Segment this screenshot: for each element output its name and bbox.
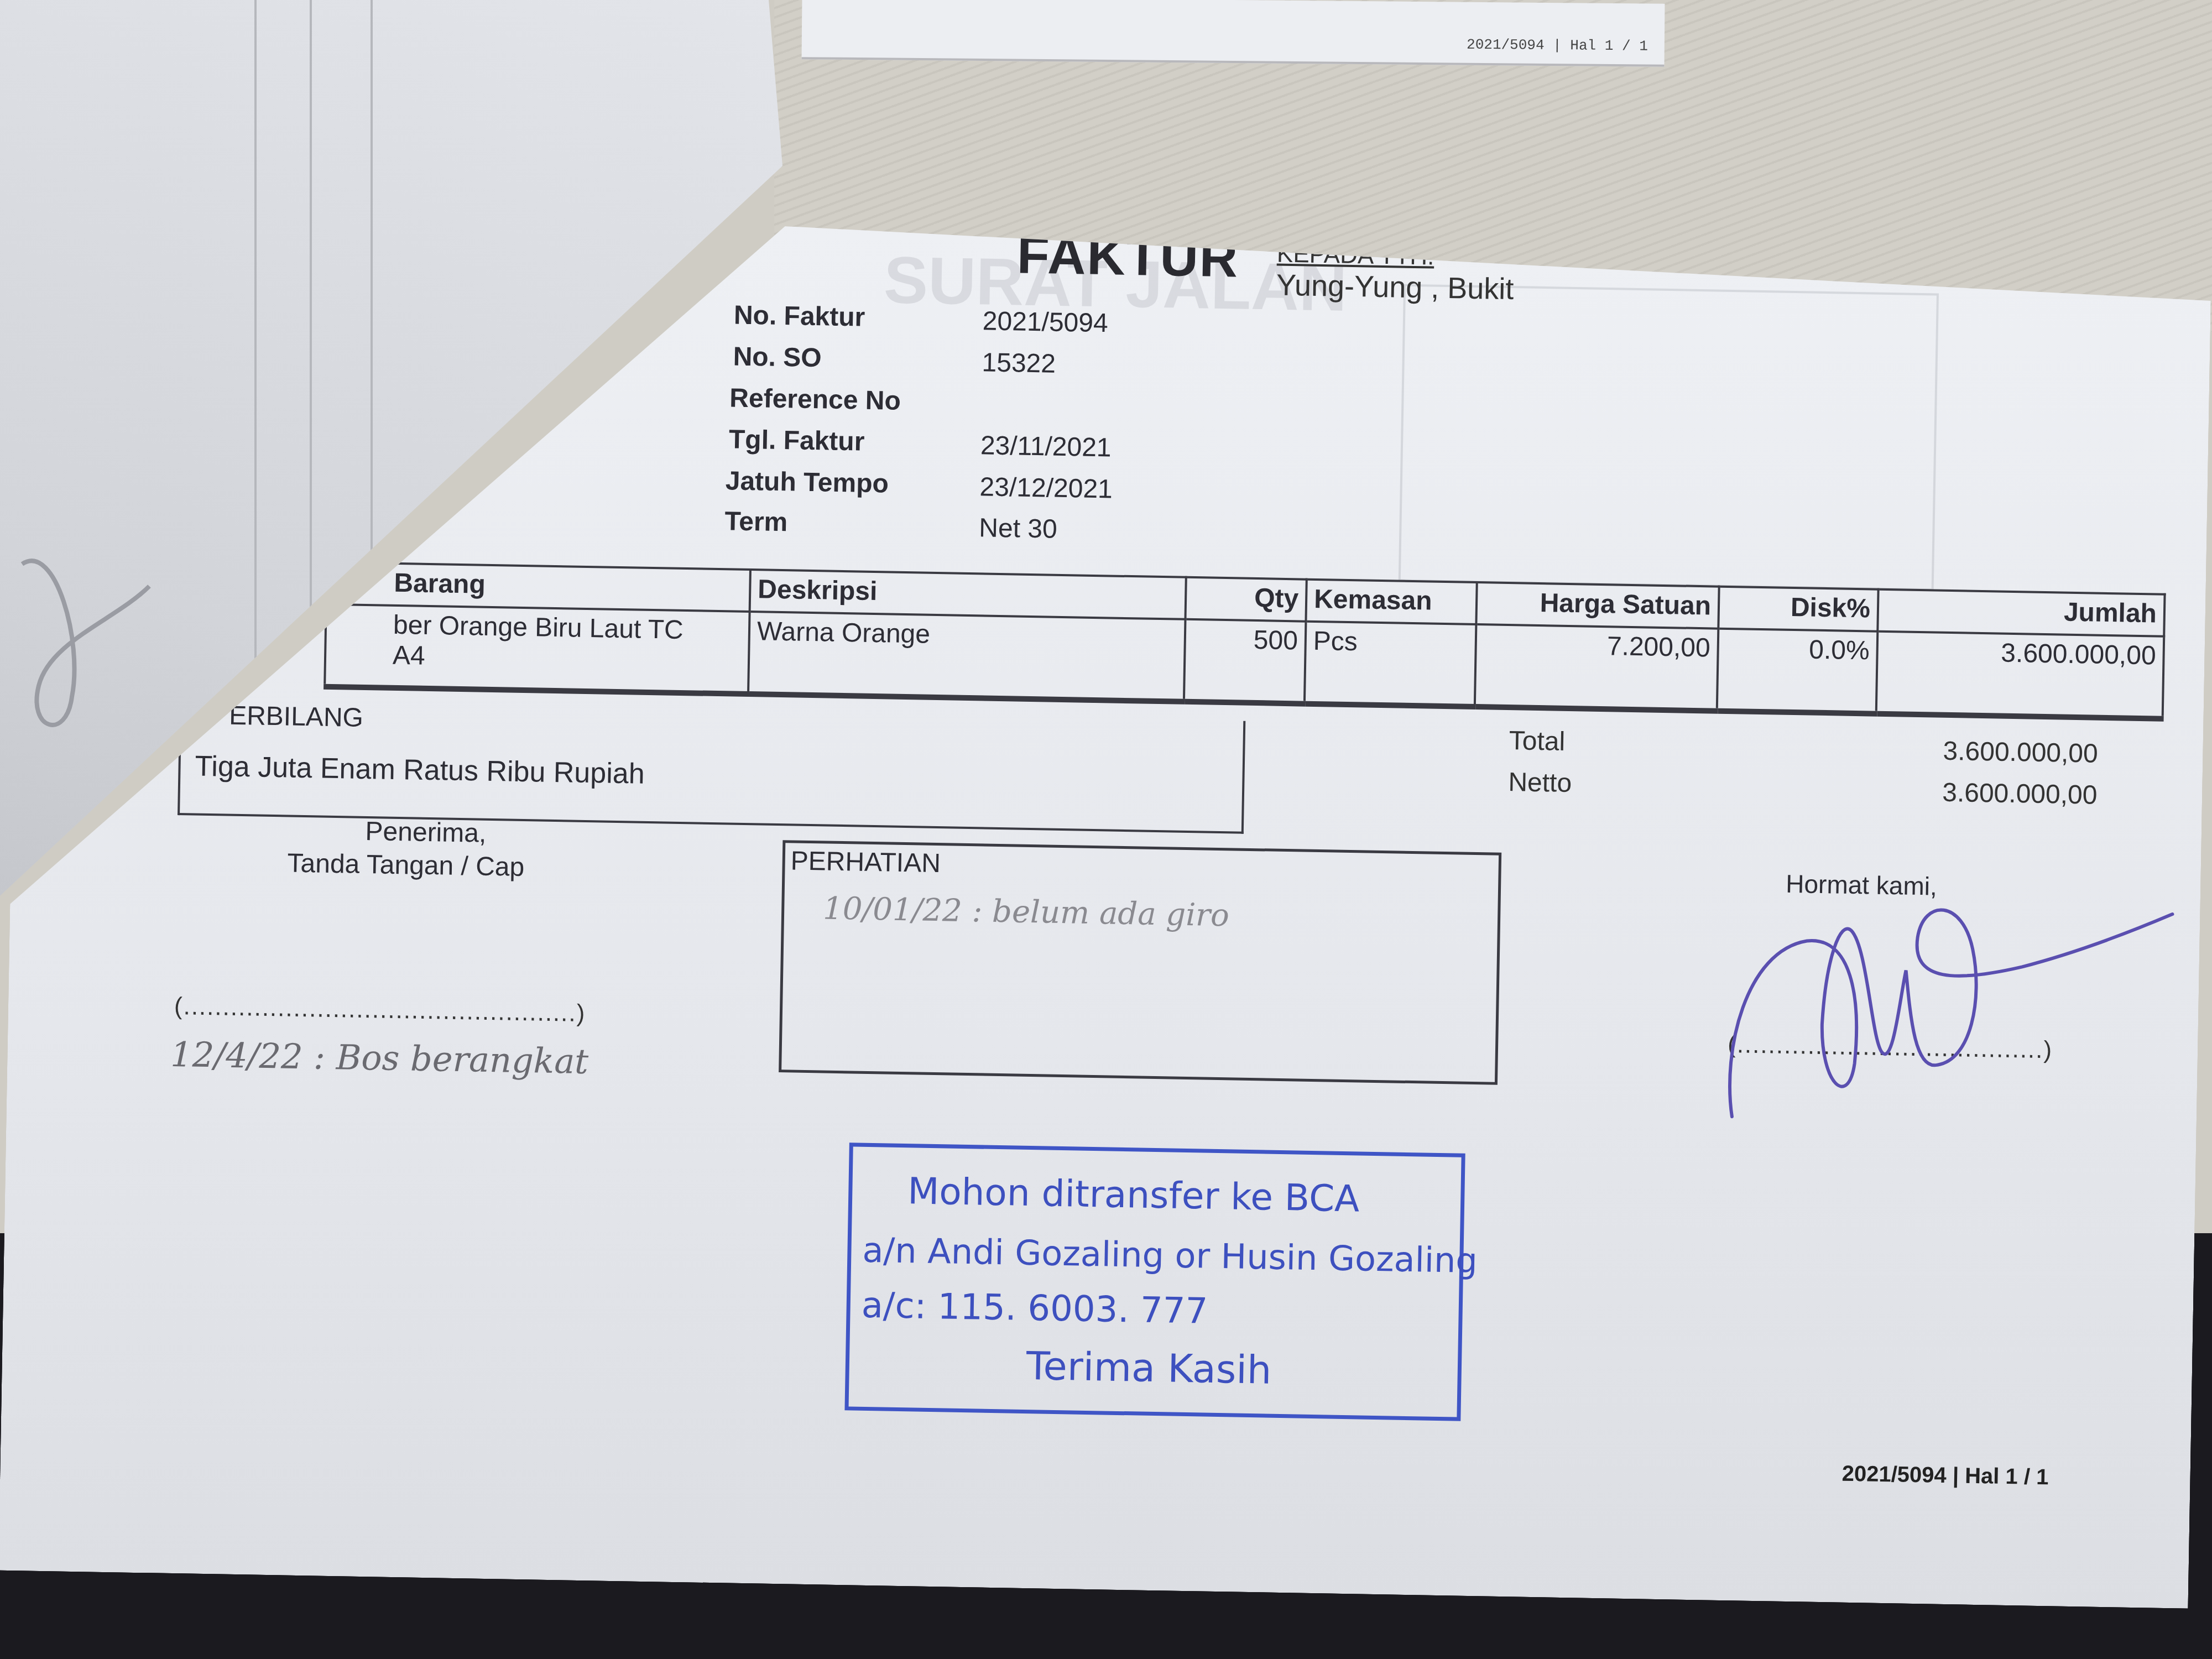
meta-label-no-so: No. SO	[733, 341, 822, 373]
stamp-line-2: a/n Andi Gozaling or Husin Gozaling	[862, 1230, 1478, 1281]
meta-value-tgl-faktur: 23/11/2021	[980, 430, 1112, 463]
terbilang-label: ERBILANG	[229, 701, 364, 733]
stamp-line-4: Terima Kasih	[1026, 1343, 1272, 1393]
meta-value-no-so: 15322	[982, 347, 1056, 379]
meta-label-jatuh-tempo: Jatuh Tempo	[725, 466, 889, 499]
tanda-tangan-label: Tanda Tangan / Cap	[287, 848, 525, 883]
cell-barang: ber Orange Biru Laut TC A4	[325, 604, 749, 694]
cell-barang-line1: ber Orange Biru Laut TC	[393, 610, 742, 646]
cell-harga-satuan: 7.200,00	[1475, 624, 1719, 711]
total-label: Total	[1509, 726, 1565, 757]
handwritten-note-perhatian: 10/01/22 : belum ada giro	[823, 890, 1230, 933]
penerima-label: Penerima,	[365, 816, 487, 849]
total-value: 3.600.000,00	[1943, 736, 2098, 769]
bank-transfer-stamp: Mohon ditransfer ke BCA a/n Andi Gozalin…	[844, 1142, 1465, 1421]
cell-disk: 0.0%	[1717, 629, 1878, 714]
col-header-disk: Disk%	[1718, 587, 1878, 632]
col-header-qty: Qty	[1185, 577, 1306, 622]
meta-label-no-faktur: No. Faktur	[733, 300, 865, 332]
recipient-name: Yung-Yung , Bukit	[1276, 268, 1514, 306]
col-header-kemasan: Kemasan	[1306, 580, 1477, 624]
cell-jumlah: 3.600.000,00	[1876, 632, 2164, 719]
meta-value-jatuh-tempo: 23/12/2021	[979, 472, 1113, 504]
col-header-jumlah: Jumlah	[1877, 589, 2164, 637]
signature-icon	[1709, 884, 2211, 1142]
meta-label-reference-no: Reference No	[729, 383, 901, 416]
col-header-deskripsi: Deskripsi	[750, 570, 1186, 619]
netto-value: 3.600.000,00	[1942, 778, 2098, 811]
stamp-line-3: a/c: 115. 6003. 777	[861, 1285, 1208, 1332]
col-header-barang: Barang	[326, 562, 750, 612]
handwritten-note-penerima: 12/4/22 : Bos berangkat	[170, 1034, 589, 1082]
footer-page-ref: 2021/5094 | Hal 1 / 1	[1841, 1462, 2048, 1490]
meta-label-tgl-faktur: Tgl. Faktur	[729, 424, 865, 457]
background-paper-stack: 2021/5094 | Hal 1 / 1	[802, 0, 1665, 67]
stamp-line-1: Mohon ditransfer ke BCA	[907, 1170, 1360, 1220]
netto-label: Netto	[1508, 767, 1572, 799]
cell-barang-line2: A4	[393, 640, 742, 677]
cell-qty: 500	[1184, 619, 1306, 704]
penerima-sign-line: (.......................................…	[174, 993, 586, 1027]
ghost-box	[1399, 284, 1939, 591]
meta-value-term: Net 30	[979, 513, 1057, 544]
background-page-ref: 2021/5094 | Hal 1 / 1	[1467, 36, 1648, 55]
meta-value-no-faktur: 2021/5094	[982, 306, 1108, 338]
cell-kemasan: Pcs	[1305, 622, 1477, 707]
perhatian-label: PERHATIAN	[790, 846, 941, 879]
meta-label-term: Term	[724, 506, 788, 538]
col-header-harga-satuan: Harga Satuan	[1476, 582, 1719, 629]
cell-deskripsi: Warna Orange	[748, 612, 1185, 702]
faint-scribble-icon	[6, 531, 171, 763]
